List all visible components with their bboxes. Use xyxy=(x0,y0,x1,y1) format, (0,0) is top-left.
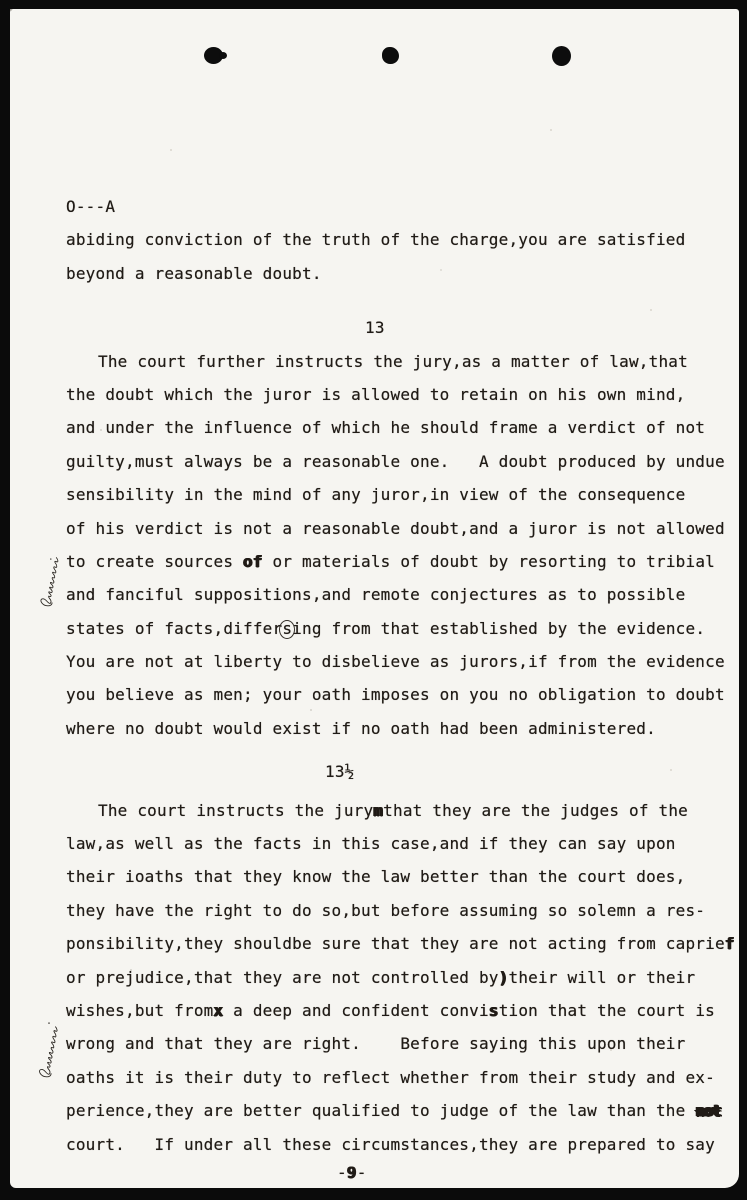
text-line: guilty,must always be a reasonable one. … xyxy=(66,445,733,478)
text-line: beyond a reasonable doubt. xyxy=(66,257,733,290)
text-segment: beyond a reasonable doubt. xyxy=(66,264,322,283)
blot-correction-text: ) xyxy=(499,968,509,987)
text-line: ponsibility,they shouldbe sure that they… xyxy=(66,927,733,960)
text-segment: of his verdict is not a reasonable doubt… xyxy=(66,519,725,538)
text-line: their ioaths that they know the law bett… xyxy=(66,860,733,893)
text-line: wishes,but fromx a deep and confident co… xyxy=(66,994,733,1027)
scanned-document-page: O---Aabiding conviction of the truth of … xyxy=(0,0,747,1200)
text-segment: The court instructs the jury xyxy=(98,801,373,820)
text-segment: wishes,but from xyxy=(66,1001,214,1020)
text-line: they have the right to do so,but before … xyxy=(66,894,733,927)
text-segment: or prejudice,that they are not controlle… xyxy=(66,968,499,987)
text-segment: law,as well as the facts in this case,an… xyxy=(66,834,676,853)
text-segment: abiding conviction of the truth of the c… xyxy=(66,230,685,249)
section-heading-13-half: 13½ xyxy=(66,755,733,788)
text-line: to create sources of or materials of dou… xyxy=(66,545,733,578)
text-segment: guilty,must always be a reasonable one. … xyxy=(66,452,725,471)
text-segment: states of facts,differ xyxy=(66,619,282,638)
text-segment: oaths it is their duty to reflect whethe… xyxy=(66,1068,715,1087)
text-segment: The court further instructs the jury,as … xyxy=(98,352,688,371)
text-line: abiding conviction of the truth of the c… xyxy=(66,223,733,256)
blot-correction-text: x xyxy=(214,1001,224,1020)
text-line: and fanciful suppositions,and remote con… xyxy=(66,578,733,611)
text-line: of his verdict is not a reasonable doubt… xyxy=(66,512,733,545)
text-segment: to create sources xyxy=(66,552,243,571)
text-line: states of facts,differsing from that est… xyxy=(66,612,733,645)
text-segment: their will or their xyxy=(509,968,696,987)
instruction-label: O---A xyxy=(66,190,733,223)
text-segment: O---A xyxy=(66,197,115,216)
text-segment: they have the right to do so,but before … xyxy=(66,901,705,920)
text-line: sensibility in the mind of any juror,in … xyxy=(66,478,733,511)
text-segment: where no doubt would exist if no oath ha… xyxy=(66,719,656,738)
text-line: the doubt which the juror is allowed to … xyxy=(66,378,733,411)
text-segment: 13 xyxy=(365,318,385,337)
text-segment: the doubt which the juror is allowed to … xyxy=(66,385,685,404)
blot-correction-text: 9 xyxy=(347,1163,357,1182)
text-line: The court further instructs the jury,as … xyxy=(66,345,733,378)
text-segment: and under the influence of which he shou… xyxy=(66,418,705,437)
text-line: and under the influence of which he shou… xyxy=(66,411,733,444)
paper-sheet: O---Aabiding conviction of the truth of … xyxy=(10,9,739,1188)
text-segment: tion that the court is xyxy=(499,1001,715,1020)
typewritten-text-block: O---Aabiding conviction of the truth of … xyxy=(10,9,739,1188)
text-segment: that they are the judges of the xyxy=(383,801,688,820)
blot-correction-text: of xyxy=(243,552,263,571)
blot-correction-text: f xyxy=(725,934,735,953)
text-segment: their ioaths that they know the law bett… xyxy=(66,867,685,886)
text-line: oaths it is their duty to reflect whethe… xyxy=(66,1061,733,1094)
text-line: perience,they are better qualified to ju… xyxy=(66,1094,733,1127)
text-line: or prejudice,that they are not controlle… xyxy=(66,961,733,994)
text-line: where no doubt would exist if no oath ha… xyxy=(66,712,733,745)
text-segment: sensibility in the mind of any juror,in … xyxy=(66,485,685,504)
text-line: you believe as men; your oath imposes on… xyxy=(66,678,733,711)
text-segment: - xyxy=(357,1163,367,1182)
blot-correction-text: s xyxy=(489,1001,499,1020)
text-segment: ponsibility,they shouldbe sure that they… xyxy=(66,934,725,953)
section-heading-13: 13 xyxy=(66,311,733,344)
text-line: The court instructs the jurymthat they a… xyxy=(66,794,733,827)
text-segment: ing from that established by the evidenc… xyxy=(292,619,705,638)
text-line: court. If under all these circumstances,… xyxy=(66,1128,733,1161)
text-segment: wrong and that they are right. Before sa… xyxy=(66,1034,685,1053)
strike-correction-text: not xyxy=(695,1101,719,1120)
text-line: You are not at liberty to disbelieve as … xyxy=(66,645,733,678)
text-segment: you believe as men; your oath imposes on… xyxy=(66,685,725,704)
text-segment: perience,they are better qualified to ju… xyxy=(66,1101,695,1120)
text-segment: - xyxy=(337,1163,347,1182)
text-line: law,as well as the facts in this case,an… xyxy=(66,827,733,860)
text-segment: You are not at liberty to disbelieve as … xyxy=(66,652,725,671)
text-segment: and fanciful suppositions,and remote con… xyxy=(66,585,685,604)
text-line: wrong and that they are right. Before sa… xyxy=(66,1027,733,1060)
blot-correction-text: m xyxy=(373,801,383,820)
text-segment: court. If under all these circumstances,… xyxy=(66,1135,715,1154)
text-segment: 13½ xyxy=(325,762,355,781)
text-segment: a deep and confident convi xyxy=(223,1001,489,1020)
text-segment: or materials of doubt by resorting to tr… xyxy=(263,552,715,571)
